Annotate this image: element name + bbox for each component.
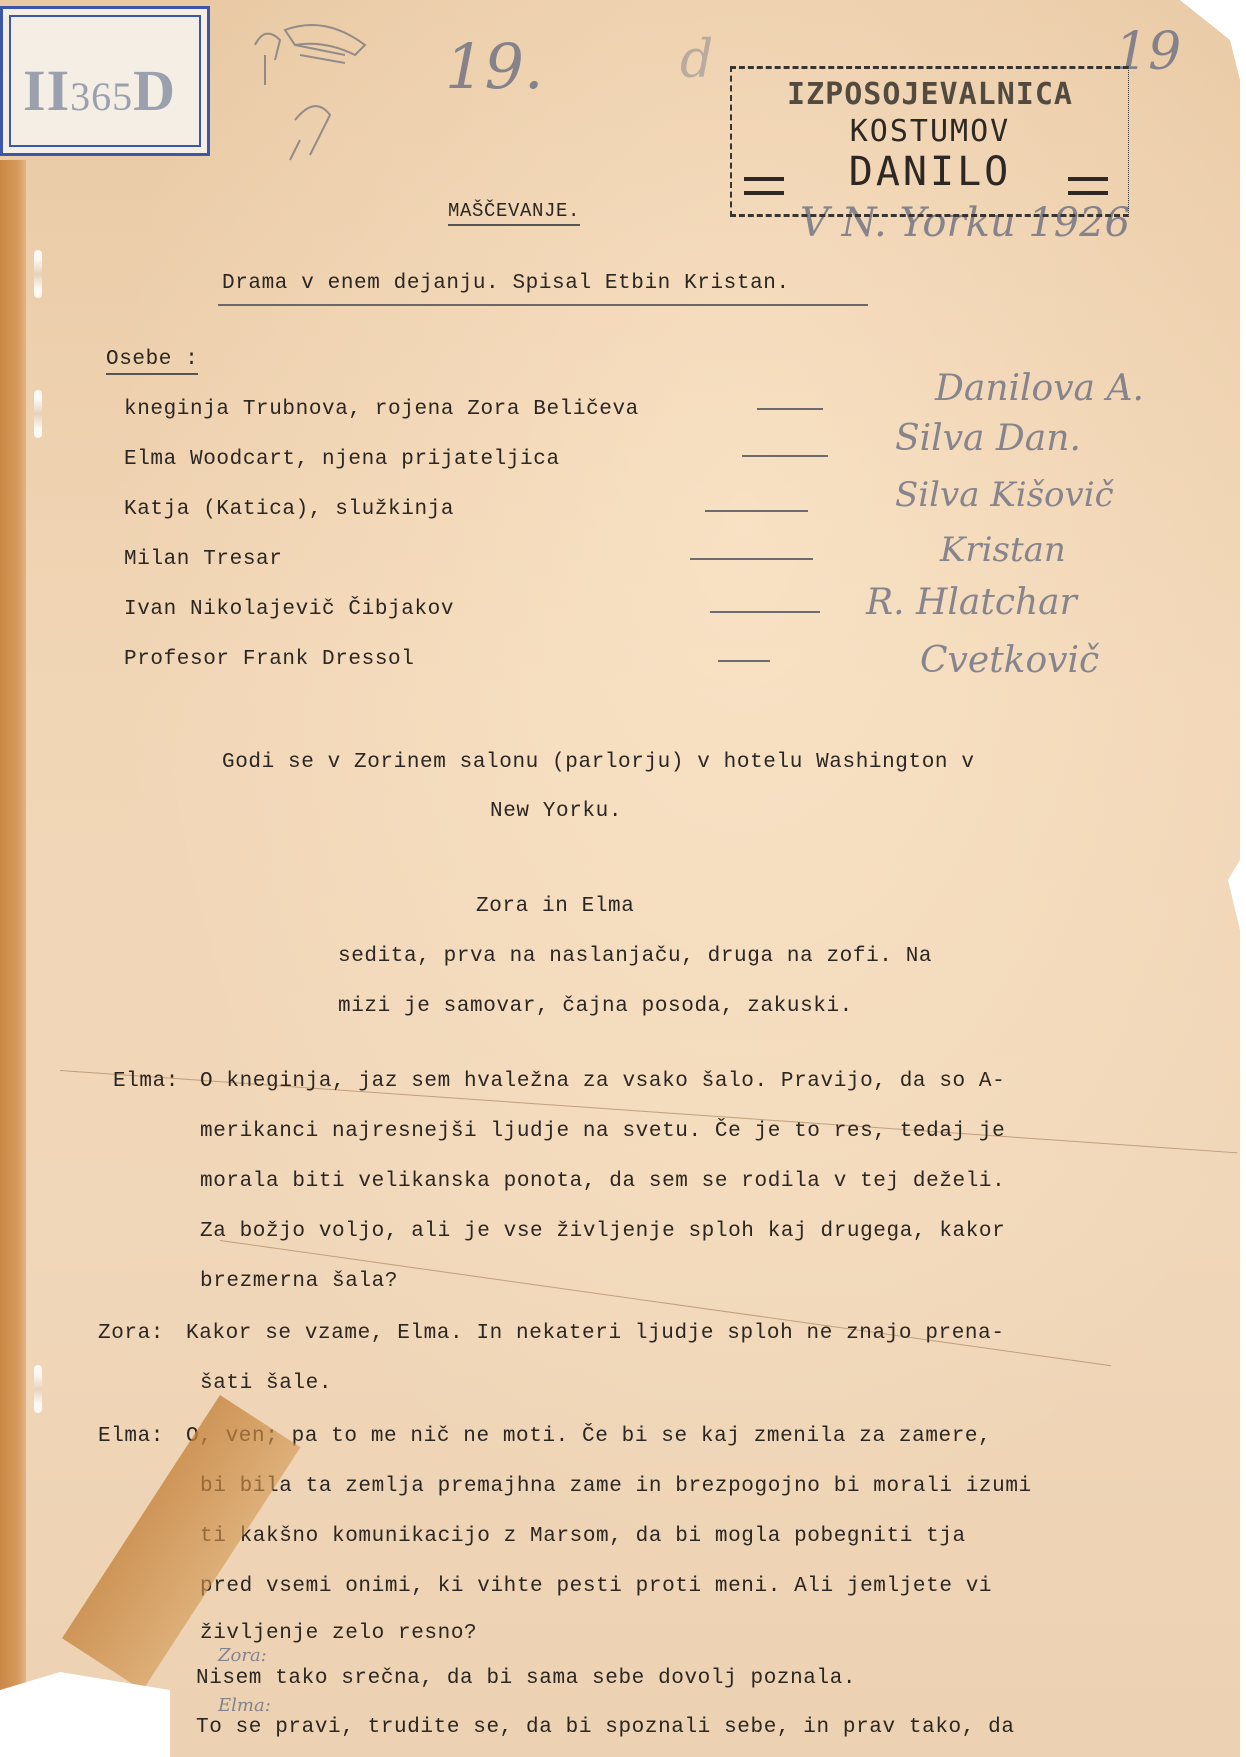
dialogue-line: merikanci najresnejši ljudje na svetu. Č… — [200, 1120, 1005, 1143]
setting-line: New Yorku. — [490, 800, 622, 823]
stage-direction: mizi je samovar, čajna posoda, zakuski. — [338, 995, 853, 1018]
document-title: MAŠČEVANJE. — [448, 200, 580, 226]
cast-dash — [705, 510, 808, 512]
paper-crease — [220, 1240, 1111, 1366]
cast-member: Ivan Nikolajevič Čibjakov — [124, 598, 454, 621]
cast-member: kneginja Trubnova, rojena Zora Beličeva — [124, 398, 639, 421]
dialogue-line: ti kakšno komunikacijo z Marsom, da bi m… — [200, 1525, 966, 1548]
cast-dash — [742, 455, 828, 457]
dialogue-line: pred vsemi onimi, ki vihte pesti proti m… — [200, 1575, 992, 1598]
archive-label: II365D — [0, 6, 210, 156]
cast-dash — [710, 611, 820, 613]
pencil-cast-name: Silva Dan. — [895, 418, 1081, 459]
cast-dash — [690, 558, 813, 560]
dialogue-line: O kneginja, jaz sem hvaležna za vsako ša… — [200, 1070, 1005, 1093]
punch-hole — [34, 250, 42, 298]
cast-heading: Osebe : — [106, 348, 198, 375]
dialogue-line: To se pravi, trudite se, da bi spoznali … — [196, 1716, 1015, 1739]
cast-member: Milan Tresar — [124, 548, 282, 571]
cast-member: Elma Woodcart, njena prijateljica — [124, 448, 560, 471]
dialogue-line: O, ven; pa to me nič ne moti. Če bi se k… — [186, 1425, 991, 1448]
dialogue-line: Kakor se vzame, Elma. In nekateri ljudje… — [186, 1322, 1005, 1345]
pencil-cast-name: Cvetkovič — [920, 640, 1099, 681]
cast-member: Katja (Katica), služkinja — [124, 498, 454, 521]
dialogue-line: morala biti velikanska ponota, da sem se… — [200, 1170, 1005, 1193]
speaker-label: Zora: — [98, 1322, 164, 1345]
document-page: II365D 19. d 19 V N. Yorku 1926 IZPOSOJE… — [0, 0, 1240, 1757]
archive-code: II365D — [23, 57, 176, 124]
cast-member: Profesor Frank Dressol — [124, 648, 414, 671]
dialogue-line: Nisem tako srečna, da bi sama sebe dovol… — [196, 1667, 856, 1690]
dialogue-line: šati šale. — [200, 1372, 332, 1395]
punch-hole — [34, 1365, 42, 1413]
cast-dash — [757, 408, 823, 410]
pencil-speaker-note: Zora: — [218, 1645, 267, 1666]
pencil-speaker-note: Elma: — [218, 1695, 271, 1716]
punch-hole — [34, 390, 42, 438]
speaker-label: Elma: — [113, 1070, 179, 1093]
stage-direction: sedita, prva na naslanjaču, druga na zof… — [338, 945, 932, 968]
costume-rental-stamp: IZPOSOJEVALNICA KOSTUMOV DANILO — [730, 66, 1129, 217]
speaker-label: Elma: — [98, 1425, 164, 1448]
pencil-cast-name: Kristan — [940, 530, 1066, 570]
dialogue-line: življenje zelo resno? — [200, 1622, 477, 1645]
stamp-bar — [744, 177, 784, 195]
pencil-page-number: 19. — [445, 30, 544, 103]
cast-dash — [718, 660, 770, 662]
pencil-cast-name: Danilova A. — [935, 368, 1144, 409]
pencil-sketch-icon — [225, 10, 425, 170]
dialogue-line: Za božjo voljo, ali je vse življenje spl… — [200, 1220, 1005, 1243]
setting-line: Godi se v Zorinem salonu (parlorju) v ho… — [222, 751, 975, 774]
subtitle-underline — [218, 304, 868, 306]
dialogue-line: bi bila ta zemlja premajhna zame in brez… — [200, 1475, 1032, 1498]
stamp-bar — [1068, 177, 1108, 195]
document-subtitle: Drama v enem dejanju. Spisal Etbin Krist… — [222, 272, 790, 295]
dialogue-line: brezmerna šala? — [200, 1270, 398, 1293]
scene-heading: Zora in Elma — [476, 895, 634, 918]
pencil-cast-name: Silva Kišovič — [895, 475, 1114, 515]
pencil-cast-name: R. Hlatchar — [866, 582, 1077, 623]
pencil-letter: d — [680, 30, 713, 90]
binding-strip — [0, 160, 26, 1690]
